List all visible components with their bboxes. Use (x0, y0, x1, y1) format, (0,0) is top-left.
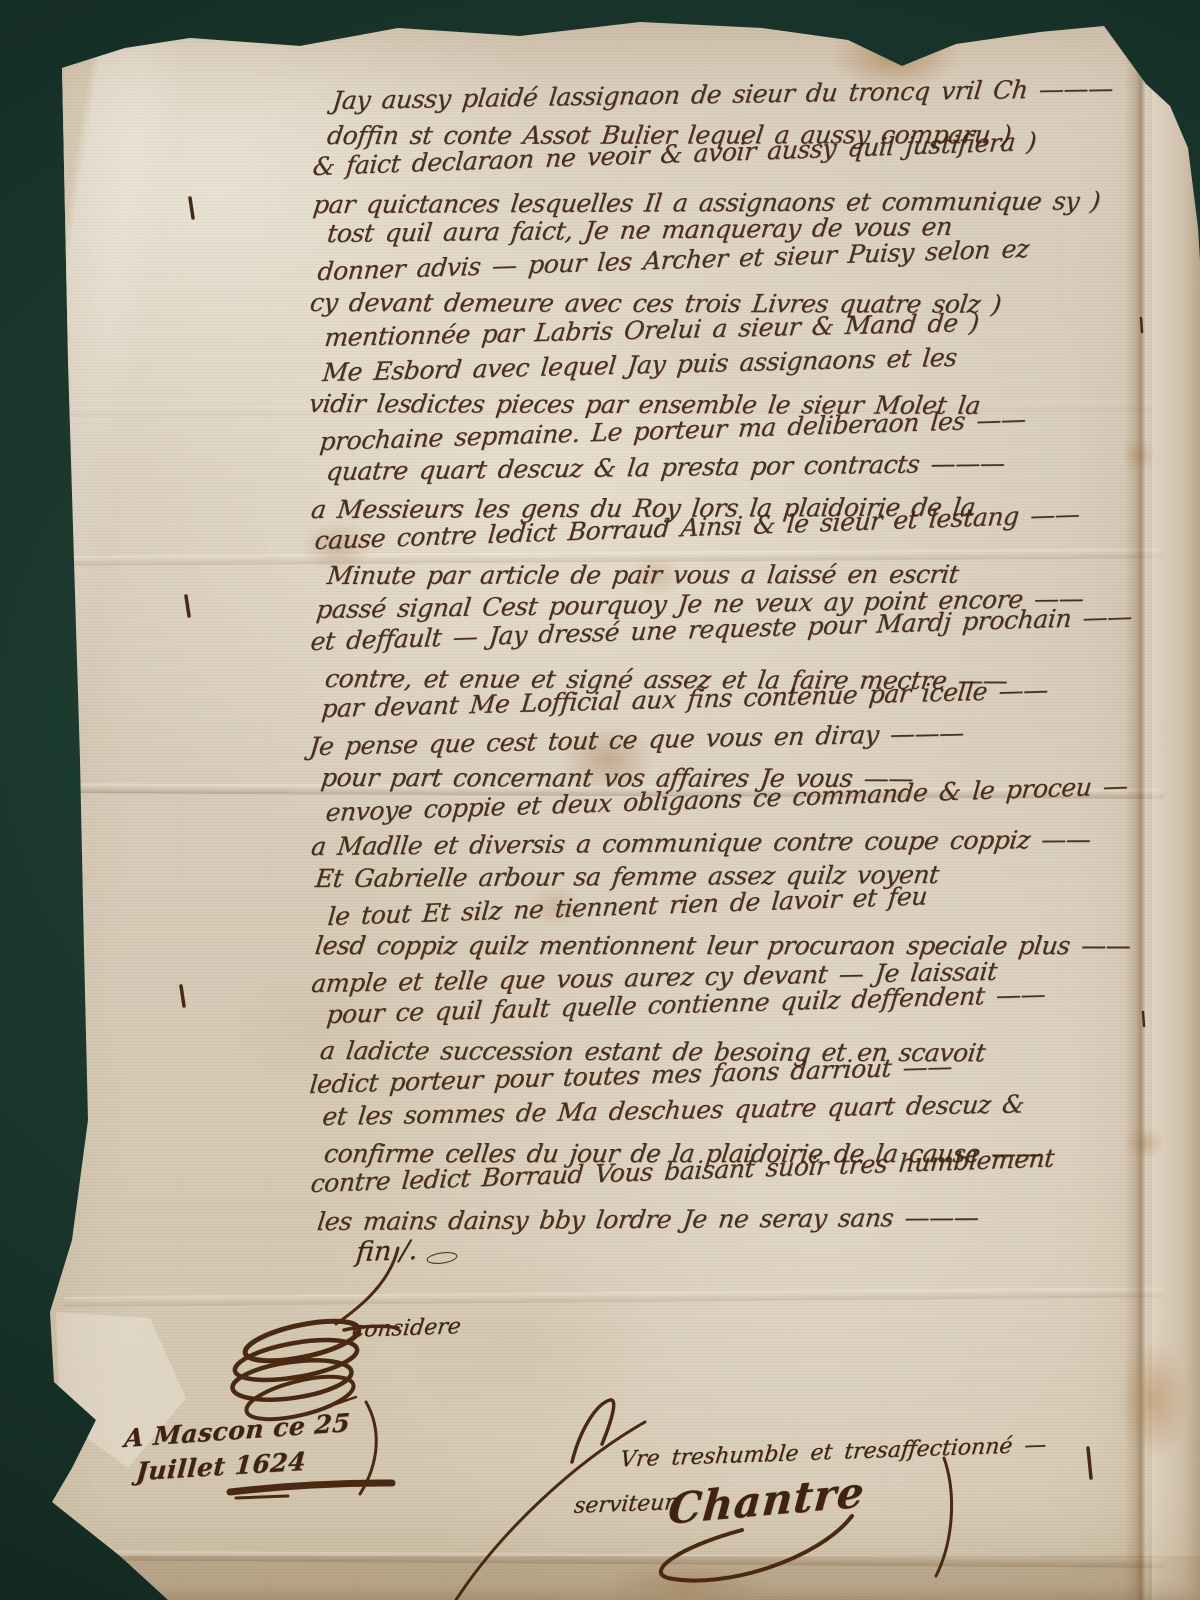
stitch-slit (1143, 1012, 1144, 1026)
closing-word-fin: fin /. (355, 1235, 419, 1268)
stitch-slit (186, 596, 189, 616)
date-underline (236, 1496, 288, 1498)
signature-end-paraph (936, 1458, 952, 1576)
stitch-slit (1088, 1448, 1091, 1478)
date-accent (336, 1397, 356, 1404)
paraph-loop (242, 1313, 362, 1368)
horizontal-crease (64, 1550, 1164, 1568)
bottom-curl-shadow (40, 1556, 1200, 1600)
stitch-slit (190, 198, 193, 218)
age-stain (1124, 1126, 1164, 1160)
age-stain (1122, 438, 1156, 472)
stitch-slit (1141, 318, 1142, 332)
manuscript-line: les mains dainsy bby lordre Je ne seray … (315, 1202, 980, 1235)
signature: Chantre (666, 1467, 867, 1534)
manuscript-line: a Madlle et diversis a communique contre… (309, 825, 1092, 861)
closing-salutation-line2: serviteur (573, 1490, 676, 1519)
ink-smudge (426, 1251, 457, 1265)
stitch-slit (181, 986, 184, 1006)
manuscript-line: quatre quart descuz & la presta por cont… (325, 448, 1006, 486)
center-fold-line (1124, 0, 1158, 1600)
manuscript-line: Jay aussy plaidé lassignaon de sieur du … (331, 74, 1115, 115)
age-stain (600, 1562, 770, 1600)
considere-note: considere (350, 1314, 462, 1343)
date-paraph (360, 1402, 376, 1494)
date-place-line: A Mascon ce 25 (123, 1408, 351, 1453)
age-stain (1118, 1340, 1190, 1460)
stitch-slit (1137, 12, 1140, 40)
date-underline (230, 1483, 392, 1492)
horizontal-crease (64, 1287, 1164, 1307)
adjacent-page-edge (1152, 78, 1200, 1600)
paraph-loop (232, 1332, 360, 1387)
manuscript-line: Minute par article de pair vous a laissé… (325, 559, 960, 589)
closing-salutation-line1: Vre treshumble et tresaffectionné — (619, 1433, 1048, 1473)
manuscript-line: Je pense que cest tout ce que vous en di… (308, 718, 965, 761)
manuscript-line: lesd coppiz quilz mentionnent leur procu… (313, 931, 1132, 960)
signature-v-peak (572, 1400, 614, 1462)
date-year-line: Juillet 1624 (135, 1447, 307, 1487)
manuscript-page: Jay aussy plaidé lassignaon de sieur du … (0, 0, 1200, 1600)
photo-backdrop: Jay aussy plaidé lassignaon de sieur du … (0, 0, 1200, 1600)
paraph-loop (230, 1354, 354, 1406)
